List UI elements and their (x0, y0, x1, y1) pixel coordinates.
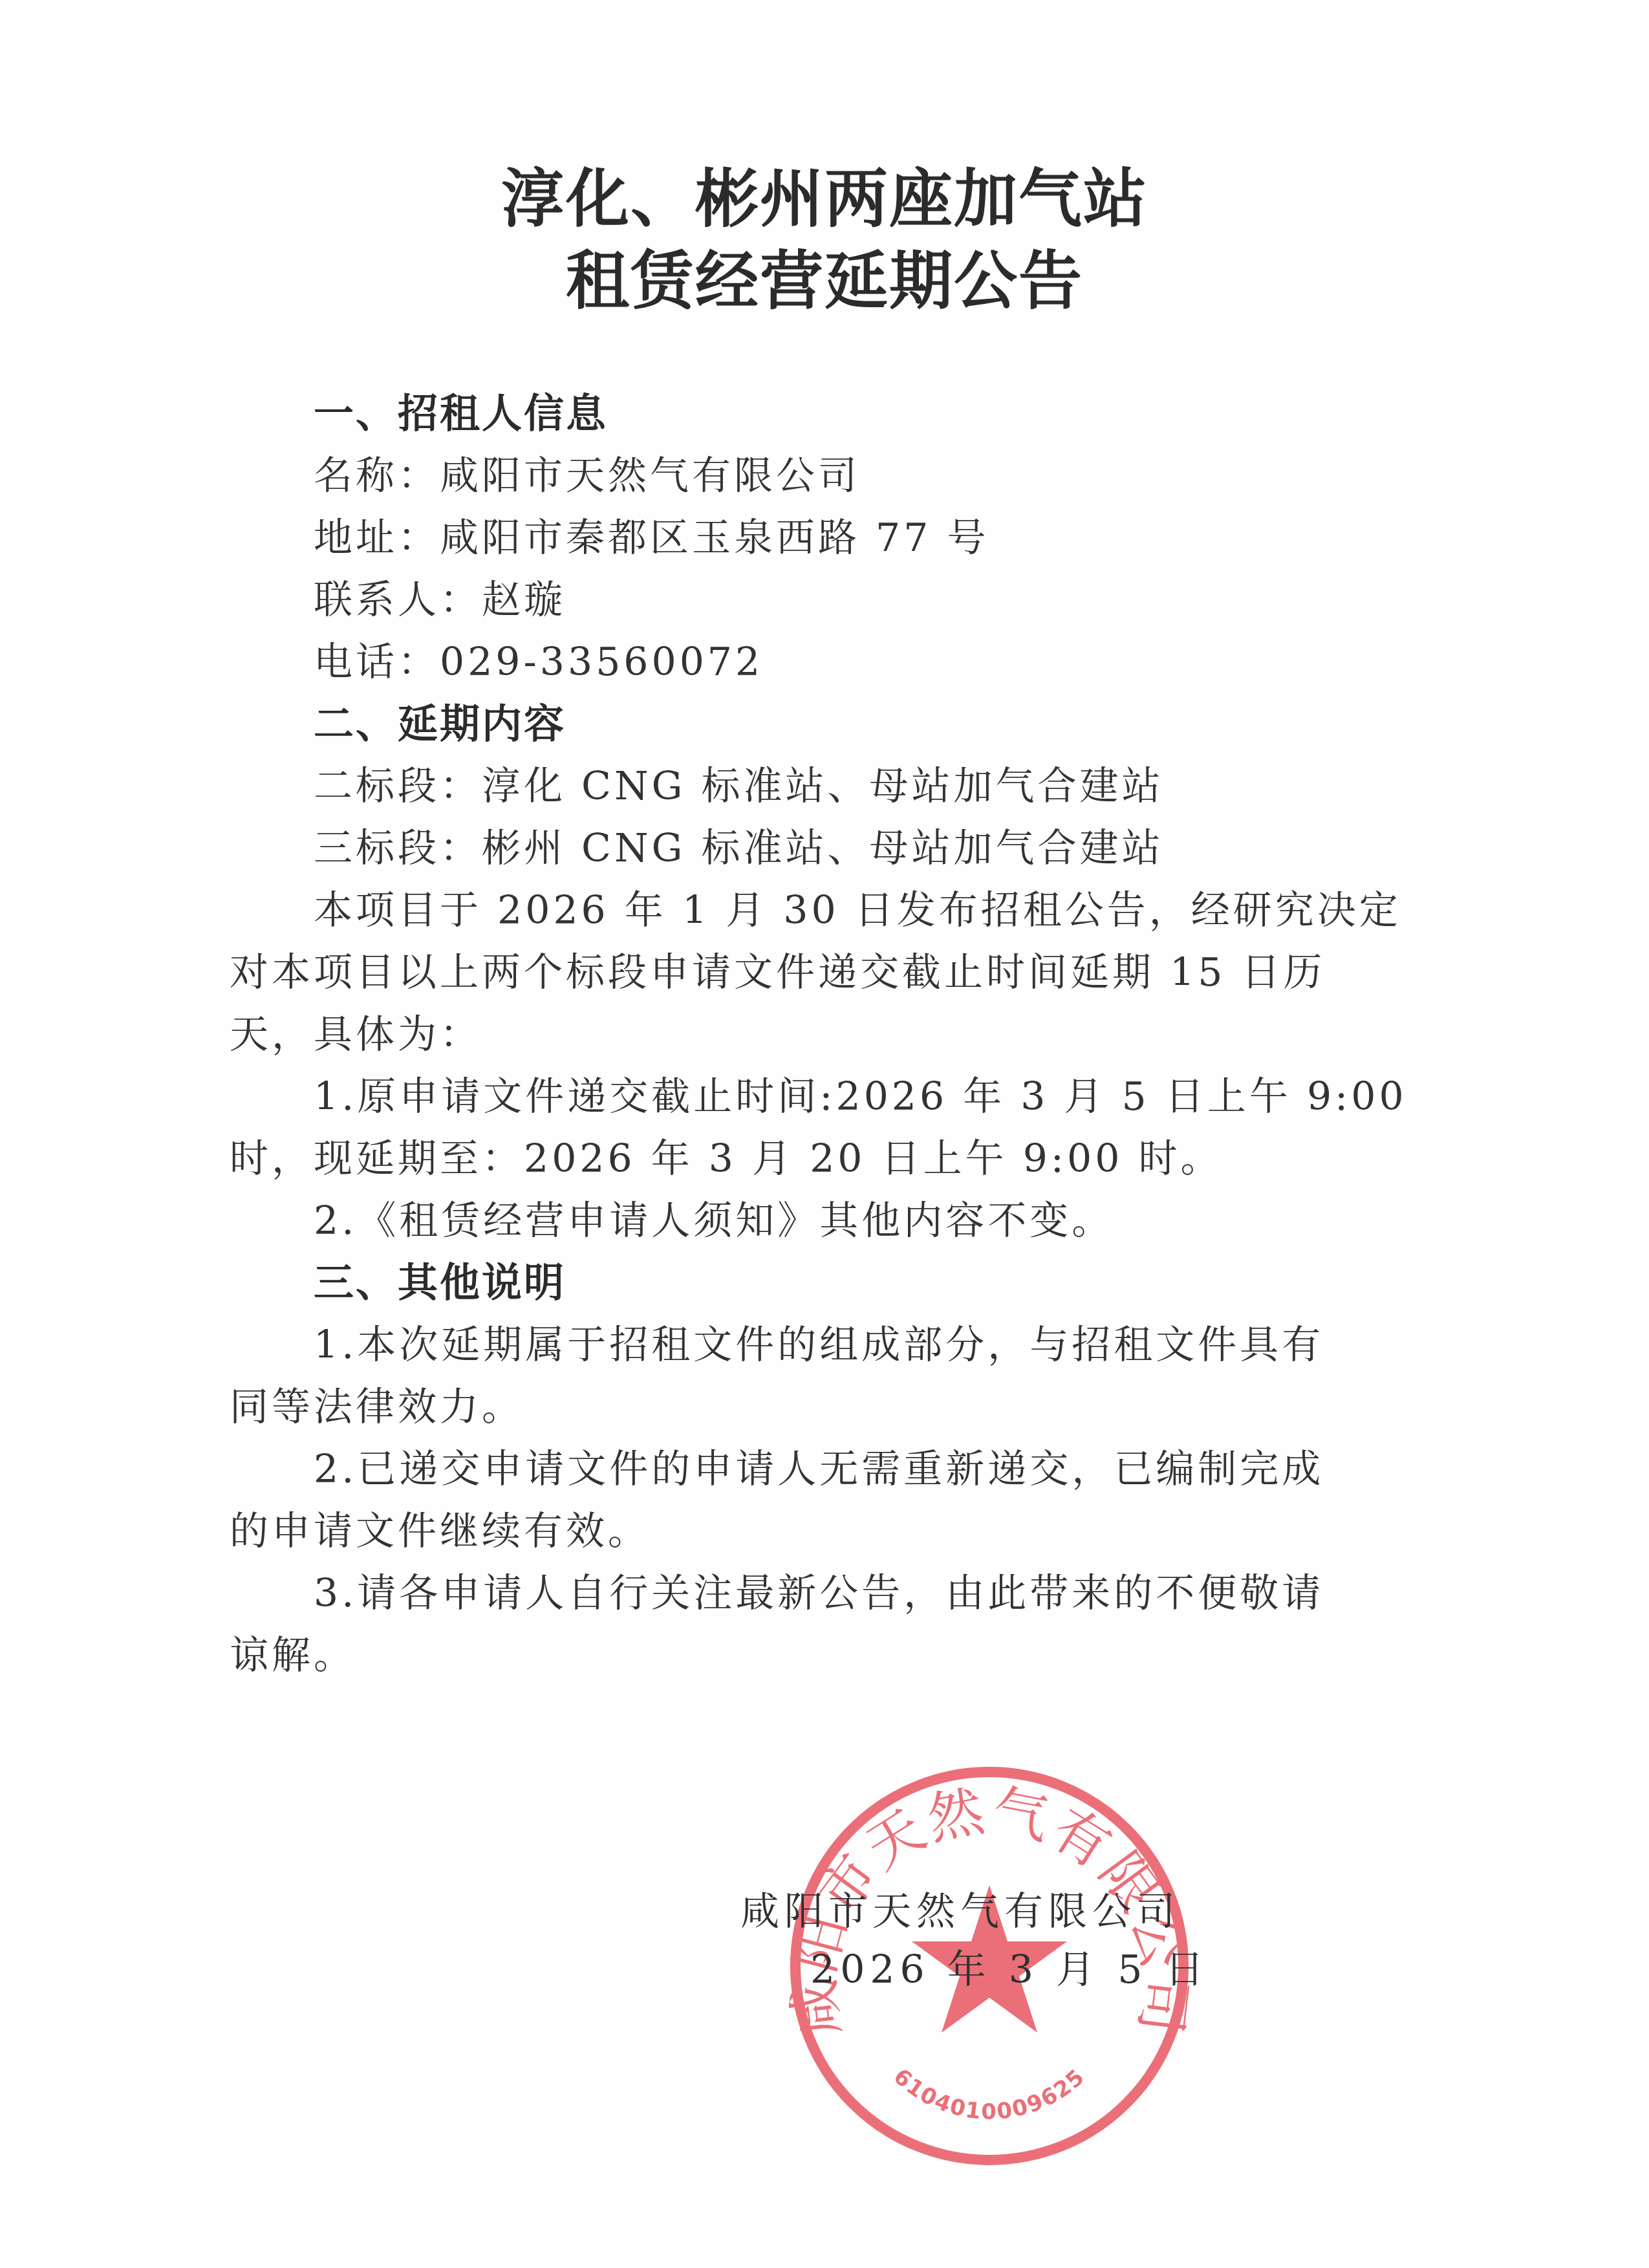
document-page: 淳化、彬州两座加气站 租赁经营延期公告 一、招租人信息 名称：咸阳市天然气有限公… (0, 0, 1649, 2268)
note1-line2: 同等法律效力。 (230, 1384, 1339, 1431)
lot2-text: 二标段：淳化 CNG 标准站、母站加气合建站 (314, 763, 1423, 810)
note2-line1: 2.已递交申请文件的申请人无需重新递交，已编制完成 (314, 1446, 1423, 1493)
section3-heading: 三、其他说明 (314, 1260, 1423, 1306)
deadline-item2: 2.《租赁经营申请人须知》其他内容不变。 (314, 1198, 1423, 1244)
lessor-phone: 电话：029-33560072 (314, 639, 1423, 686)
lessor-address: 地址：咸阳市秦都区玉泉西路 77 号 (314, 515, 1423, 561)
section1-heading: 一、招租人信息 (314, 391, 1423, 437)
extension-paragraph-line3: 天，具体为： (230, 1011, 1339, 1058)
lessor-contact: 联系人：赵璇 (314, 577, 1423, 623)
seal-code-text: 6104010009625 (889, 2064, 1090, 2125)
deadline-item1-line1: 1.原申请文件递交截止时间:2026 年 3 月 5 日上午 9:00 (314, 1074, 1423, 1120)
note3-line2: 谅解。 (230, 1632, 1339, 1679)
note2-line2: 的申请文件继续有效。 (230, 1508, 1339, 1555)
extension-paragraph-line2: 对本项目以上两个标段申请文件递交截止时间延期 15 日历 (230, 949, 1339, 996)
signature-date: 2026 年 3 月 5 日 (810, 1947, 1209, 1993)
svg-text:6104010009625: 6104010009625 (889, 2064, 1090, 2125)
lot3-text: 三标段：彬州 CNG 标准站、母站加气合建站 (314, 825, 1423, 872)
extension-paragraph-line1: 本项目于 2026 年 1 月 30 日发布招租公告，经研究决定 (314, 887, 1423, 934)
note3-line1: 3.请各申请人自行关注最新公告，由此带来的不便敬请 (314, 1570, 1423, 1617)
document-title-line2: 租赁经营延期公告 (0, 243, 1649, 320)
section2-heading: 二、延期内容 (314, 701, 1423, 748)
lessor-name: 名称：咸阳市天然气有限公司 (314, 453, 1423, 499)
signature-company: 咸阳市天然气有限公司 (740, 1888, 1180, 1935)
document-title-line1: 淳化、彬州两座加气站 (0, 160, 1649, 238)
deadline-item1-line2: 时，现延期至：2026 年 3 月 20 日上午 9:00 时。 (230, 1136, 1339, 1182)
note1-line1: 1.本次延期属于招租文件的组成部分，与招租文件具有 (314, 1322, 1423, 1368)
